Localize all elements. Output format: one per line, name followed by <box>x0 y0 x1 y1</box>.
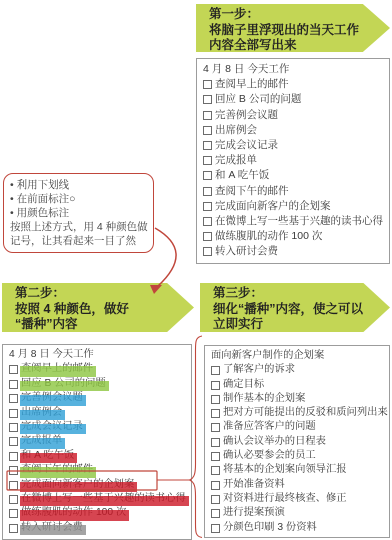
task-label: 完成报单 <box>215 153 257 168</box>
checkbox-icon <box>203 232 212 241</box>
checkbox-icon <box>211 366 220 375</box>
task-label: 做练腹肌的动作 100 次 <box>215 229 322 244</box>
task-label: 准备应答客户的问题 <box>223 420 316 434</box>
task-label: 完善例会议题 <box>215 108 278 123</box>
curved-arrow <box>155 228 176 286</box>
task-label: 把对方可能提出的反驳和质问列出来 <box>223 406 388 420</box>
task-label: 查阅早上的邮件 <box>215 77 289 92</box>
task-row: 回应 B 公司的问题 <box>9 377 186 391</box>
checkbox-icon <box>9 437 18 446</box>
annotation-bullet: • 用颜色标注 <box>10 206 148 220</box>
task-label: 和 A 吃午饭 <box>21 450 74 461</box>
checkbox-icon <box>9 394 18 403</box>
task-label: 完善例会议题 <box>21 392 83 403</box>
step1-banner: 第一步： 将脑子里浮现出的当天工作 内容全部写出来 <box>196 4 390 52</box>
checkbox-icon <box>9 481 18 490</box>
checkbox-icon <box>9 380 18 389</box>
task-label: 完成会议记录 <box>215 138 278 153</box>
task-row: 做练腹肌的动作 100 次 <box>9 506 186 520</box>
task-row: 在微博上写一些基于兴趣的读书心得 <box>9 492 186 506</box>
list-title-text: 4 月 8 日 今天工作 <box>203 62 289 77</box>
task-row: 完善例会议题 <box>9 391 186 405</box>
checkbox-icon <box>9 423 18 432</box>
step3-banner-line: 细化“播种”内容，使之可以 <box>213 302 390 318</box>
step2-banner-line: 按照 4 种颜色，做好 <box>15 302 194 318</box>
task-row: 了解客户的诉求 <box>211 363 384 377</box>
list-title: 4 月 8 日 今天工作 <box>9 348 186 362</box>
task-row-boxed: 完成面向新客户的企划案 <box>9 478 186 492</box>
task-label: 和 A 吃午饭 <box>215 168 269 183</box>
task-row: 转入研讨会费 <box>9 521 186 535</box>
checkbox-icon <box>211 381 220 390</box>
checkbox-icon <box>211 481 220 490</box>
step1-banner-line: 内容全部写出来 <box>209 38 390 54</box>
task-row: 出席例会 <box>9 406 186 420</box>
task-row: 完成会议记录 <box>203 138 384 153</box>
checkbox-icon <box>203 247 212 256</box>
task-label: 制作基本的企划案 <box>223 392 305 406</box>
checkbox-icon <box>203 187 212 196</box>
step3-banner: 第三步： 细化“播种”内容，使之可以 立即实行 <box>200 283 390 332</box>
task-label: 对资料进行最终核查、修正 <box>223 492 347 506</box>
task-row: 在微博上写一些基于兴趣的读书心得 <box>203 214 384 229</box>
task-row: 查阅下午的邮件 <box>9 463 186 477</box>
task-label: 查阅早上的邮件 <box>21 363 93 374</box>
task-label: 开始准备资料 <box>223 478 285 492</box>
task-label: 在微博上写一些基于兴趣的读书心得 <box>21 493 186 504</box>
task-label: 转入研讨会费 <box>21 522 83 533</box>
task-row: 确认会议举办的日程表 <box>211 435 384 449</box>
task-label: 出席例会 <box>215 123 257 138</box>
task-label: 回应 B 公司的问题 <box>21 378 106 389</box>
list-title: 4 月 8 日 今天工作 <box>203 62 384 77</box>
checkbox-icon <box>211 495 220 504</box>
checkbox-icon <box>9 452 18 461</box>
task-label: 回应 B 公司的问题 <box>215 92 301 107</box>
task-row: 完成会议记录 <box>9 420 186 434</box>
checkbox-icon <box>9 509 18 518</box>
step1-banner-line: 第一步： <box>209 7 390 23</box>
checkbox-icon <box>9 495 18 504</box>
checkbox-icon <box>211 423 220 432</box>
task-row: 查阅下午的邮件 <box>203 184 384 199</box>
task-row: 出席例会 <box>203 123 384 138</box>
annotation-note-box: • 利用下划线 • 在前面标注○ • 用颜色标注 按照上述方式，用 4 种颜色做… <box>3 173 154 253</box>
checkbox-icon <box>9 365 18 374</box>
checkbox-icon <box>203 171 212 180</box>
task-label: 将基本的企划案向领导汇报 <box>223 463 347 477</box>
step3-detail-task-list: 面向新客户制作的企划案 了解客户的诉求 确定目标 制作基本的企划案 把对方可能提… <box>204 345 390 538</box>
task-row: 和 A 吃午饭 <box>203 168 384 183</box>
task-row: 对资料进行最终核查、修正 <box>211 492 384 506</box>
task-label: 进行提案预演 <box>223 506 285 520</box>
task-row: 查阅早上的邮件 <box>9 362 186 376</box>
step1-task-list: 4 月 8 日 今天工作 查阅早上的邮件 回应 B 公司的问题 完善例会议题 出… <box>196 58 390 264</box>
checkbox-icon <box>203 111 212 120</box>
task-row: 完成报单 <box>203 153 384 168</box>
checkbox-icon <box>203 156 212 165</box>
checkbox-icon <box>203 80 212 89</box>
checkbox-icon <box>211 438 220 447</box>
checkbox-icon <box>211 466 220 475</box>
step2-banner: 第二步： 按照 4 种颜色，做好 “播种”内容 <box>2 283 194 332</box>
task-label: 完成面向新客户的企划案 <box>21 479 134 490</box>
task-row: 和 A 吃午饭 <box>9 449 186 463</box>
task-row: 确认必要参会的员工 <box>211 449 384 463</box>
annotation-bullet: • 在前面标注○ <box>10 192 148 206</box>
step3-banner-line: 立即实行 <box>213 317 390 333</box>
task-row: 准备应答客户的问题 <box>211 420 384 434</box>
checkbox-icon <box>211 452 220 461</box>
task-label: 确认必要参会的员工 <box>223 449 316 463</box>
checkbox-icon <box>211 409 220 418</box>
task-label: 完成面向新客户的企划案 <box>215 199 331 214</box>
task-row: 将基本的企划案向领导汇报 <box>211 463 384 477</box>
page: 第一步： 将脑子里浮现出的当天工作 内容全部写出来 4 月 8 日 今天工作 查… <box>0 0 392 540</box>
checkbox-icon <box>203 95 212 104</box>
task-label: 做练腹肌的动作 100 次 <box>21 507 126 518</box>
list-title: 面向新客户制作的企划案 <box>211 349 384 363</box>
checkbox-icon <box>211 524 220 533</box>
step2-banner-line: “播种”内容 <box>15 317 194 333</box>
checkbox-icon <box>203 126 212 135</box>
task-row: 制作基本的企划案 <box>211 392 384 406</box>
checkbox-icon <box>9 466 18 475</box>
task-row: 回应 B 公司的问题 <box>203 92 384 107</box>
task-row: 完成面向新客户的企划案 <box>203 199 384 214</box>
task-row: 完善例会议题 <box>203 108 384 123</box>
checkbox-icon <box>211 509 220 518</box>
checkbox-icon <box>203 202 212 211</box>
step1-banner-line: 将脑子里浮现出的当天工作 <box>209 23 390 39</box>
task-row: 查阅早上的邮件 <box>203 77 384 92</box>
checkbox-icon <box>9 524 18 533</box>
task-row: 确定目标 <box>211 378 384 392</box>
list-title-text: 面向新客户制作的企划案 <box>211 349 324 363</box>
task-row: 完成报单 <box>9 434 186 448</box>
checkbox-icon <box>203 141 212 150</box>
task-label: 完成报单 <box>21 435 62 446</box>
annotation-bullet: • 利用下划线 <box>10 178 148 192</box>
task-label: 确定目标 <box>223 378 264 392</box>
task-label: 查阅下午的邮件 <box>215 184 289 199</box>
step2-banner-line: 第二步： <box>15 286 194 302</box>
checkbox-icon <box>211 395 220 404</box>
task-row: 分颜色印刷 3 份资料 <box>211 521 384 535</box>
step3-banner-line: 第三步： <box>213 286 390 302</box>
annotation-note: 按照上述方式，用 4 种颜色做记号，让其看起来一目了然 <box>10 220 148 248</box>
step2-colored-task-list: 4 月 8 日 今天工作 查阅早上的邮件 回应 B 公司的问题 完善例会议题 出… <box>2 344 192 540</box>
task-row: 把对方可能提出的反驳和质问列出来 <box>211 406 384 420</box>
task-row: 转入研讨会费 <box>203 244 384 259</box>
checkbox-icon <box>203 217 212 226</box>
task-row: 做练腹肌的动作 100 次 <box>203 229 384 244</box>
list-title-text: 4 月 8 日 今天工作 <box>9 348 94 362</box>
task-label: 分颜色印刷 3 份资料 <box>223 521 317 535</box>
task-label: 了解客户的诉求 <box>223 363 295 377</box>
task-label: 在微博上写一些基于兴趣的读书心得 <box>215 214 383 229</box>
task-label: 出席例会 <box>21 407 62 418</box>
task-row: 开始准备资料 <box>211 478 384 492</box>
checkbox-icon <box>9 409 18 418</box>
task-label: 转入研讨会费 <box>215 244 278 259</box>
task-label: 完成会议记录 <box>21 421 83 432</box>
task-label: 查阅下午的邮件 <box>21 464 93 475</box>
task-label: 确认会议举办的日程表 <box>223 435 326 449</box>
task-row: 进行提案预演 <box>211 506 384 520</box>
